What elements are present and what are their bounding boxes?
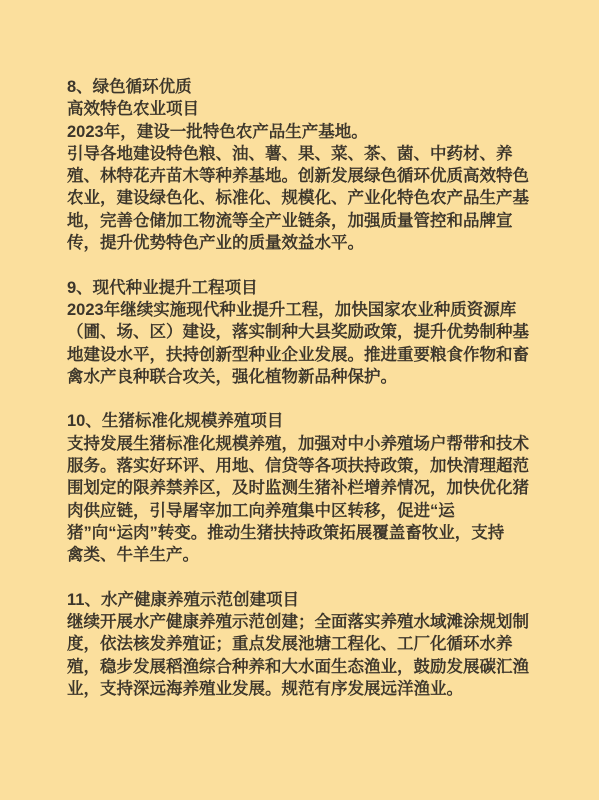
section-8-heading: 8、绿色循环优质 高效特色农业项目: [67, 76, 545, 121]
section-8-body: 2023年，建设一批特色农产品生产基地。 引导各地建设特色粮、油、薯、果、菜、茶…: [67, 121, 545, 255]
doc-section-10: 10、生猪标准化规模养殖项目 支持发展生猪标准化规模养殖，加强对中小养殖场户帮带…: [67, 410, 545, 566]
doc-section-11: 11、水产健康养殖示范创建项目 继续开展水产健康养殖示范创建；全面落实养殖水域滩…: [67, 589, 545, 700]
page-background: { "page": { "background_color": "#fbdf9d…: [0, 0, 599, 800]
section-11-body: 继续开展水产健康养殖示范创建；全面落实养殖水域滩涂规划制 度，依法核发养殖证；重…: [67, 611, 545, 700]
document-text-block: 8、绿色循环优质 高效特色农业项目 2023年，建设一批特色农产品生产基地。 引…: [67, 76, 545, 700]
section-9-heading: 9、现代种业提升工程项目: [67, 277, 545, 299]
section-10-body: 支持发展生猪标准化规模养殖，加强对中小养殖场户帮带和技术 服务。落实好环评、用地…: [67, 433, 545, 567]
doc-section-8: 8、绿色循环优质 高效特色农业项目 2023年，建设一批特色农产品生产基地。 引…: [67, 76, 545, 254]
section-10-heading: 10、生猪标准化规模养殖项目: [67, 410, 545, 432]
section-9-body: 2023年继续实施现代种业提升工程，加快国家农业种质资源库 （圃、场、区）建设，…: [67, 299, 545, 388]
section-11-heading: 11、水产健康养殖示范创建项目: [67, 589, 545, 611]
doc-section-9: 9、现代种业提升工程项目 2023年继续实施现代种业提升工程，加快国家农业种质资…: [67, 277, 545, 388]
